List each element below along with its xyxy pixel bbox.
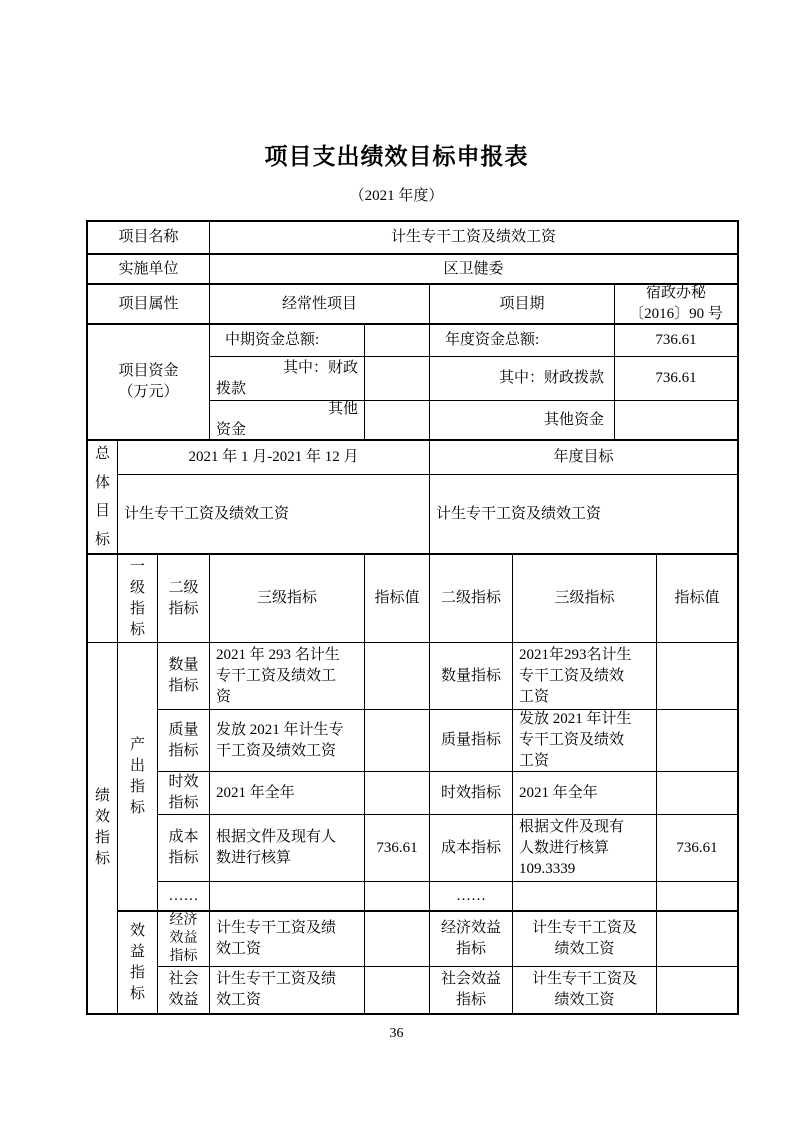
quality-value-right xyxy=(657,710,737,772)
quality-l2: 质量指标 xyxy=(158,710,210,772)
ind-header-level2: 二级指标 xyxy=(158,555,210,643)
time-l3-right: 2021 年全年 xyxy=(513,772,657,815)
cost-l2-right: 成本指标 xyxy=(430,815,513,882)
period-value: 宿政办秘 〔2016〕90 号 xyxy=(615,285,737,325)
goal-annual-header: 年度目标 xyxy=(430,441,737,475)
annual-other-label: 其他资金 xyxy=(430,401,615,441)
quality-l3-right: 发放 2021 年计生 专干工资及绩效 工资 xyxy=(513,710,657,772)
goal-period-text: 计生专干工资及绩效工资 xyxy=(118,475,430,555)
econ-value-right xyxy=(657,912,737,967)
ellipsis-l3-right xyxy=(513,882,657,912)
econ-l2-right: 经济效益 指标 xyxy=(430,912,513,967)
cost-value-right: 736.61 xyxy=(657,815,737,882)
page-subtitle: （2021 年度） xyxy=(0,184,793,205)
funds-label: 项目资金 （万元） xyxy=(88,325,210,441)
ind-header-level1: 一级指标 xyxy=(118,555,158,643)
mid-other-label: 其他 资金 xyxy=(210,401,365,441)
time-l3: 2021 年全年 xyxy=(210,772,365,815)
time-value-right xyxy=(657,772,737,815)
ind-corner-cell xyxy=(88,555,118,643)
annual-fiscal-label: 其中：财政拨款 xyxy=(430,357,615,401)
annual-total-value: 736.61 xyxy=(615,325,737,357)
ellipsis-l2: …… xyxy=(158,882,210,912)
mid-other-value xyxy=(365,401,430,441)
annual-other-value xyxy=(615,401,737,441)
ind-header-value: 指标值 xyxy=(365,555,430,643)
mid-total-value xyxy=(365,325,430,357)
goal-period-header: 2021 年 1 月-2021 年 12 月 xyxy=(118,441,430,475)
econ-l3: 计生专干工资及绩 效工资 xyxy=(210,912,365,967)
project-name-value: 计生专干工资及绩效工资 xyxy=(210,222,737,255)
ellipsis-l2-right: …… xyxy=(430,882,513,912)
mid-fiscal-label-line2: 拨款 xyxy=(216,379,358,400)
goal-annual-text: 计生专干工资及绩效工资 xyxy=(430,475,737,555)
unit-label: 实施单位 xyxy=(88,255,210,285)
ellipsis-l3 xyxy=(210,882,365,912)
quantity-l2-right: 数量指标 xyxy=(430,643,513,710)
declaration-table: 项目名称 计生专干工资及绩效工资 实施单位 区卫健委 项目属性 经常性项目 项目… xyxy=(86,220,739,1015)
quantity-value-right xyxy=(657,643,737,710)
time-value xyxy=(365,772,430,815)
social-l3-right: 计生专干工资及 绩效工资 xyxy=(513,967,657,1013)
cost-l3: 根据文件及现有人 数进行核算 xyxy=(210,815,365,882)
cost-l2: 成本指标 xyxy=(158,815,210,882)
social-value-right xyxy=(657,967,737,1013)
ind-header-level3-right: 三级指标 xyxy=(513,555,657,643)
ind-header-value-right: 指标值 xyxy=(657,555,737,643)
page-number: 36 xyxy=(0,1026,793,1042)
ind-section-label: 绩效指标 xyxy=(88,643,118,1013)
annual-fiscal-value: 736.61 xyxy=(615,357,737,401)
quantity-l2: 数量指标 xyxy=(158,643,210,710)
document-page: 项目支出绩效目标申报表 （2021 年度） 项目名称 计生专干工资及绩效工资 实… xyxy=(0,0,793,1122)
mid-total-label: 中期资金总额: xyxy=(210,325,365,357)
econ-l2: 经济效益指标 xyxy=(158,912,210,967)
econ-value xyxy=(365,912,430,967)
goal-label: 总体目标 xyxy=(88,441,118,555)
ellipsis-value xyxy=(365,882,430,912)
quality-value xyxy=(365,710,430,772)
social-value xyxy=(365,967,430,1013)
annual-total-label: 年度资金总额: xyxy=(430,325,615,357)
cost-value: 736.61 xyxy=(365,815,430,882)
quantity-value xyxy=(365,643,430,710)
mid-fiscal-value xyxy=(365,357,430,401)
mid-other-label-line1: 其他 xyxy=(216,401,358,420)
attr-label: 项目属性 xyxy=(88,285,210,325)
ellipsis-value-right xyxy=(657,882,737,912)
social-l2: 社会效益 xyxy=(158,967,210,1013)
quality-l3: 发放 2021 年计生专 干工资及绩效工资 xyxy=(210,710,365,772)
page-title: 项目支出绩效目标申报表 xyxy=(0,138,793,171)
mid-fiscal-label: 其中：财政 拨款 xyxy=(210,357,365,401)
project-name-label: 项目名称 xyxy=(88,222,210,255)
social-l3: 计生专干工资及绩 效工资 xyxy=(210,967,365,1013)
social-l2-right: 社会效益 指标 xyxy=(430,967,513,1013)
ind-output-label: 产出指标 xyxy=(118,643,158,912)
ind-benefit-label: 效益指标 xyxy=(118,912,158,1013)
quantity-l3: 2021 年 293 名计生 专干工资及绩效工 资 xyxy=(210,643,365,710)
period-label: 项目期 xyxy=(430,285,615,325)
quantity-l3-right: 2021年293名计生 专干工资及绩效 工资 xyxy=(513,643,657,710)
time-l2-right: 时效指标 xyxy=(430,772,513,815)
attr-value: 经常性项目 xyxy=(210,285,430,325)
econ-l3-right: 计生专干工资及 绩效工资 xyxy=(513,912,657,967)
quality-l2-right: 质量指标 xyxy=(430,710,513,772)
cost-l3-right: 根据文件及现有 人数进行核算 109.3339 xyxy=(513,815,657,882)
unit-value: 区卫健委 xyxy=(210,255,737,285)
time-l2: 时效指标 xyxy=(158,772,210,815)
mid-other-label-line2: 资金 xyxy=(216,420,358,441)
ind-header-level2-right: 二级指标 xyxy=(430,555,513,643)
mid-fiscal-label-line1: 其中：财政 xyxy=(216,358,358,379)
ind-header-level3: 三级指标 xyxy=(210,555,365,643)
